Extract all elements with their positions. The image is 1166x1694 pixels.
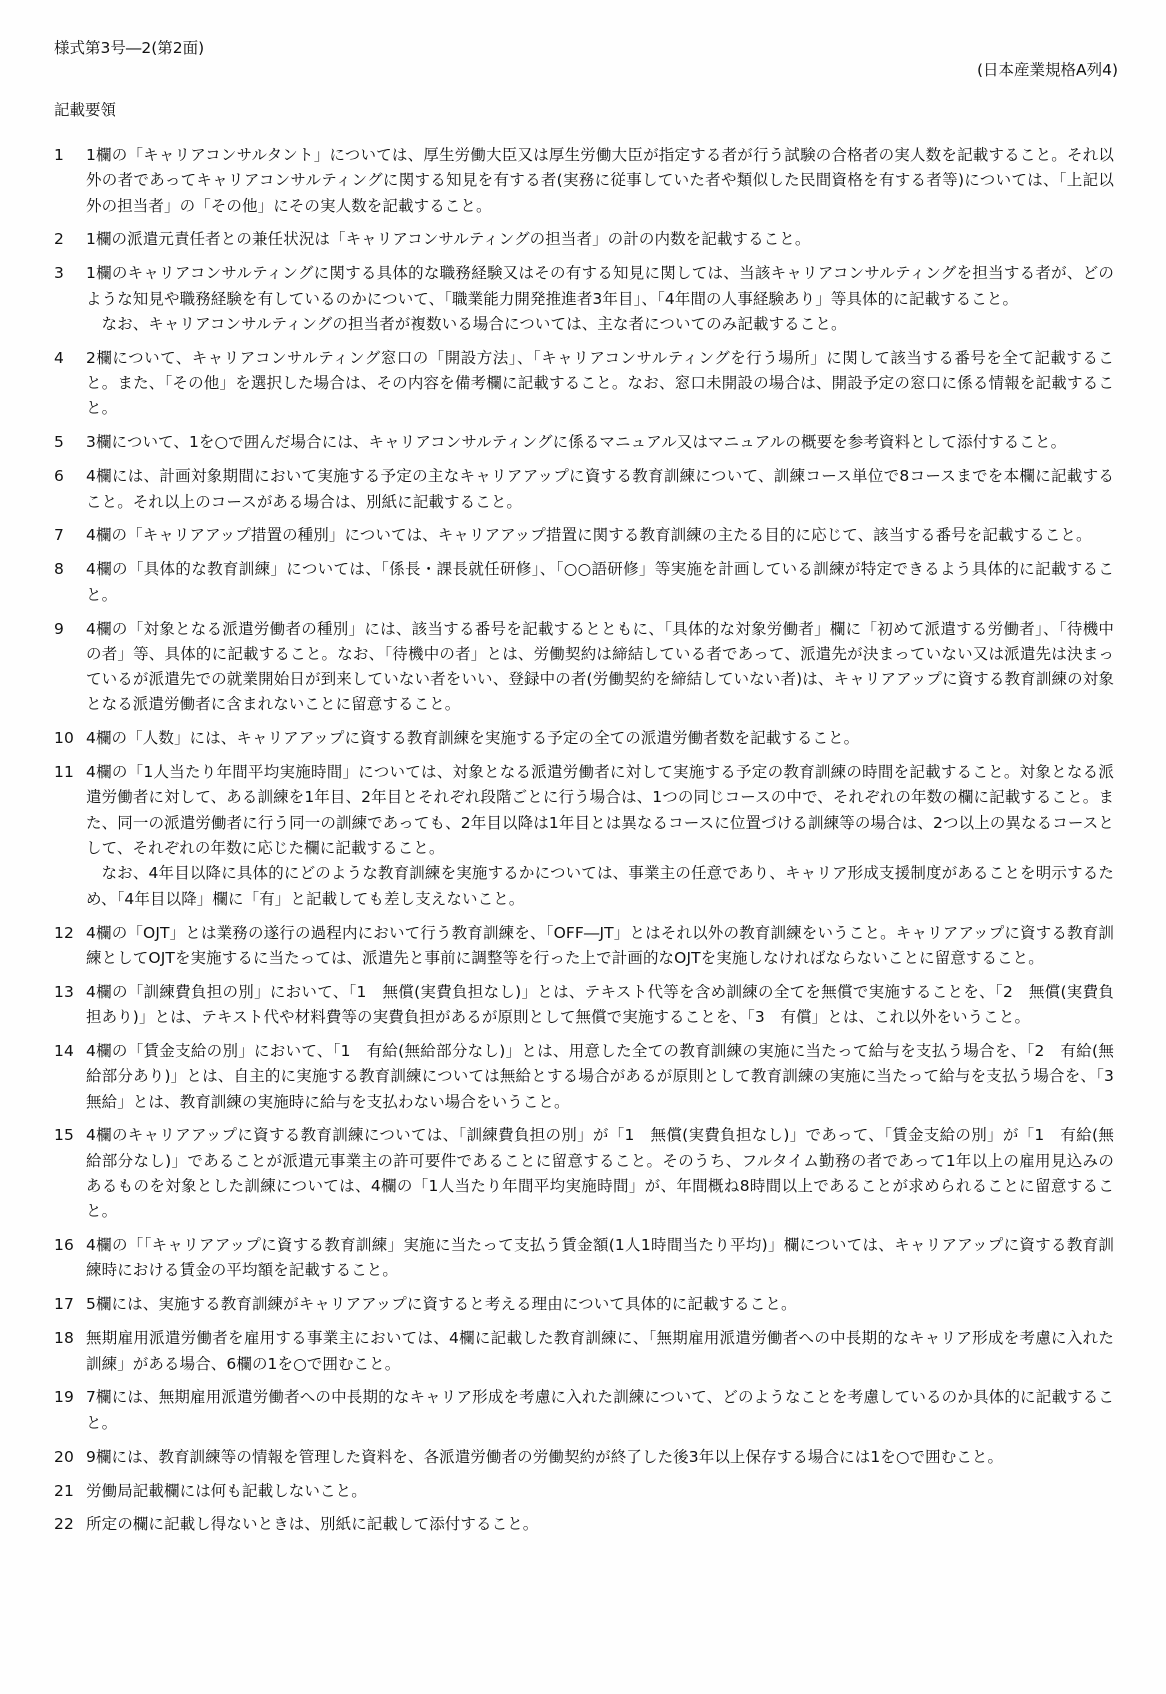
instructions-list: 11欄の「キャリアコンサルタント」については、厚生労働大臣又は厚生労働大臣が指定… [54, 143, 1114, 1546]
item-number: 14 [54, 1039, 84, 1064]
item-text: 2欄について、キャリアコンサルティング窓口の「開設方法」、「キャリアコンサルティ… [86, 346, 1114, 422]
instruction-item: 154欄のキャリアアップに資する教育訓練については、「訓練費負担の別」が「1 無… [54, 1123, 1114, 1224]
item-text: 4欄の「人数」には、キャリアアップに資する教育訓練を実施する予定の全ての派遣労働… [86, 726, 1114, 751]
item-number: 5 [54, 430, 84, 455]
instruction-item: 42欄について、キャリアコンサルティング窓口の「開設方法」、「キャリアコンサルテ… [54, 346, 1114, 422]
item-text: 4欄には、計画対象期間において実施する予定の主なキャリアアップに資する教育訓練に… [86, 464, 1114, 515]
item-number: 3 [54, 261, 84, 286]
item-number: 6 [54, 464, 84, 489]
item-text: 4欄の「対象となる派遣労働者の種別」には、該当する番号を記載するとともに、「具体… [86, 617, 1114, 718]
instruction-item: 114欄の「1人当たり年間平均実施時間」については、対象となる派遣労働者に対して… [54, 760, 1114, 912]
instruction-item: 134欄の「訓練費負担の別」において、「1 無償(実費負担なし)」とは、テキスト… [54, 980, 1114, 1031]
item-text: 4欄の「キャリアアップ措置の種別」については、キャリアアップ措置に関する教育訓練… [86, 523, 1114, 548]
form-id: 様式第3号―2(第2面) [54, 38, 204, 58]
item-number: 15 [54, 1123, 84, 1148]
instruction-item: 64欄には、計画対象期間において実施する予定の主なキャリアアップに資する教育訓練… [54, 464, 1114, 515]
item-text: 4欄の「賃金支給の別」において、「1 有給(無給部分なし)」とは、用意した全ての… [86, 1039, 1114, 1115]
instruction-item: 18無期雇用派遣労働者を雇用する事業主においては、4欄に記載した教育訓練に、「無… [54, 1326, 1114, 1377]
paper-size-note: (日本産業規格A列4) [977, 60, 1118, 80]
instruction-item: 209欄には、教育訓練等の情報を管理した資料を、各派遣労働者の労働契約が終了した… [54, 1445, 1114, 1470]
item-text: 4欄の「具体的な教育訓練」については、「係長・課長就任研修」、「○○語研修」等実… [86, 557, 1114, 608]
instruction-item: 164欄の「「キャリアアップに資する教育訓練」実施に当たって支払う賃金額(1人1… [54, 1233, 1114, 1284]
item-text: 4欄の「「キャリアアップに資する教育訓練」実施に当たって支払う賃金額(1人1時間… [86, 1233, 1114, 1284]
item-text: 4欄の「1人当たり年間平均実施時間」については、対象となる派遣労働者に対して実施… [86, 760, 1114, 861]
instruction-item: 21欄の派遣元責任者との兼任状況は「キャリアコンサルティングの担当者」の計の内数… [54, 227, 1114, 252]
item-number: 12 [54, 921, 84, 946]
item-text: 9欄には、教育訓練等の情報を管理した資料を、各派遣労働者の労働契約が終了した後3… [86, 1445, 1114, 1470]
instruction-item: 21労働局記載欄には何も記載しないこと。 [54, 1479, 1114, 1504]
item-note: なお、キャリアコンサルティングの担当者が複数いる場合については、主な者についての… [86, 312, 1114, 337]
item-number: 17 [54, 1292, 84, 1317]
instruction-item: 94欄の「対象となる派遣労働者の種別」には、該当する番号を記載するとともに、「具… [54, 617, 1114, 718]
instruction-item: 144欄の「賃金支給の別」において、「1 有給(無給部分なし)」とは、用意した全… [54, 1039, 1114, 1115]
item-text: 5欄には、実施する教育訓練がキャリアアップに資すると考える理由について具体的に記… [86, 1292, 1114, 1317]
item-number: 22 [54, 1512, 84, 1537]
instruction-item: 175欄には、実施する教育訓練がキャリアアップに資すると考える理由について具体的… [54, 1292, 1114, 1317]
item-number: 2 [54, 227, 84, 252]
item-number: 8 [54, 557, 84, 582]
instruction-item: 104欄の「人数」には、キャリアアップに資する教育訓練を実施する予定の全ての派遣… [54, 726, 1114, 751]
item-number: 20 [54, 1445, 84, 1470]
instruction-item: 22所定の欄に記載し得ないときは、別紙に記載して添付すること。 [54, 1512, 1114, 1537]
item-number: 21 [54, 1479, 84, 1504]
item-text: 1欄の派遣元責任者との兼任状況は「キャリアコンサルティングの担当者」の計の内数を… [86, 227, 1114, 252]
item-text: 4欄の「訓練費負担の別」において、「1 無償(実費負担なし)」とは、テキスト代等… [86, 980, 1114, 1031]
item-note: なお、4年目以降に具体的にどのような教育訓練を実施するかについては、事業主の任意… [86, 861, 1114, 912]
instruction-item: 197欄には、無期雇用派遣労働者への中長期的なキャリア形成を考慮に入れた訓練につ… [54, 1385, 1114, 1436]
item-text: 労働局記載欄には何も記載しないこと。 [86, 1479, 1114, 1504]
instruction-item: 124欄の「OJT」とは業務の遂行の過程内において行う教育訓練を、「OFF―JT… [54, 921, 1114, 972]
item-number: 9 [54, 617, 84, 642]
item-text: 7欄には、無期雇用派遣労働者への中長期的なキャリア形成を考慮に入れた訓練について… [86, 1385, 1114, 1436]
item-number: 19 [54, 1385, 84, 1410]
item-text: 無期雇用派遣労働者を雇用する事業主においては、4欄に記載した教育訓練に、「無期雇… [86, 1326, 1114, 1377]
item-text: 1欄のキャリアコンサルティングに関する具体的な職務経験又はその有する知見に関して… [86, 261, 1114, 312]
instruction-item: 84欄の「具体的な教育訓練」については、「係長・課長就任研修」、「○○語研修」等… [54, 557, 1114, 608]
item-number: 7 [54, 523, 84, 548]
instruction-item: 53欄について、1を○で囲んだ場合には、キャリアコンサルティングに係るマニュアル… [54, 430, 1114, 455]
item-number: 10 [54, 726, 84, 751]
item-text: 4欄の「OJT」とは業務の遂行の過程内において行う教育訓練を、「OFF―JT」と… [86, 921, 1114, 972]
item-text: 所定の欄に記載し得ないときは、別紙に記載して添付すること。 [86, 1512, 1114, 1537]
item-number: 13 [54, 980, 84, 1005]
item-text: 4欄のキャリアアップに資する教育訓練については、「訓練費負担の別」が「1 無償(… [86, 1123, 1114, 1224]
item-number: 16 [54, 1233, 84, 1258]
item-number: 18 [54, 1326, 84, 1351]
section-heading: 記載要領 [54, 100, 116, 120]
item-number: 11 [54, 760, 84, 785]
item-text: 3欄について、1を○で囲んだ場合には、キャリアコンサルティングに係るマニュアル又… [86, 430, 1114, 455]
item-number: 1 [54, 143, 84, 168]
instruction-item: 74欄の「キャリアアップ措置の種別」については、キャリアアップ措置に関する教育訓… [54, 523, 1114, 548]
instruction-item: 11欄の「キャリアコンサルタント」については、厚生労働大臣又は厚生労働大臣が指定… [54, 143, 1114, 219]
item-text: 1欄の「キャリアコンサルタント」については、厚生労働大臣又は厚生労働大臣が指定す… [86, 143, 1114, 219]
item-number: 4 [54, 346, 84, 371]
instruction-item: 31欄のキャリアコンサルティングに関する具体的な職務経験又はその有する知見に関し… [54, 261, 1114, 337]
